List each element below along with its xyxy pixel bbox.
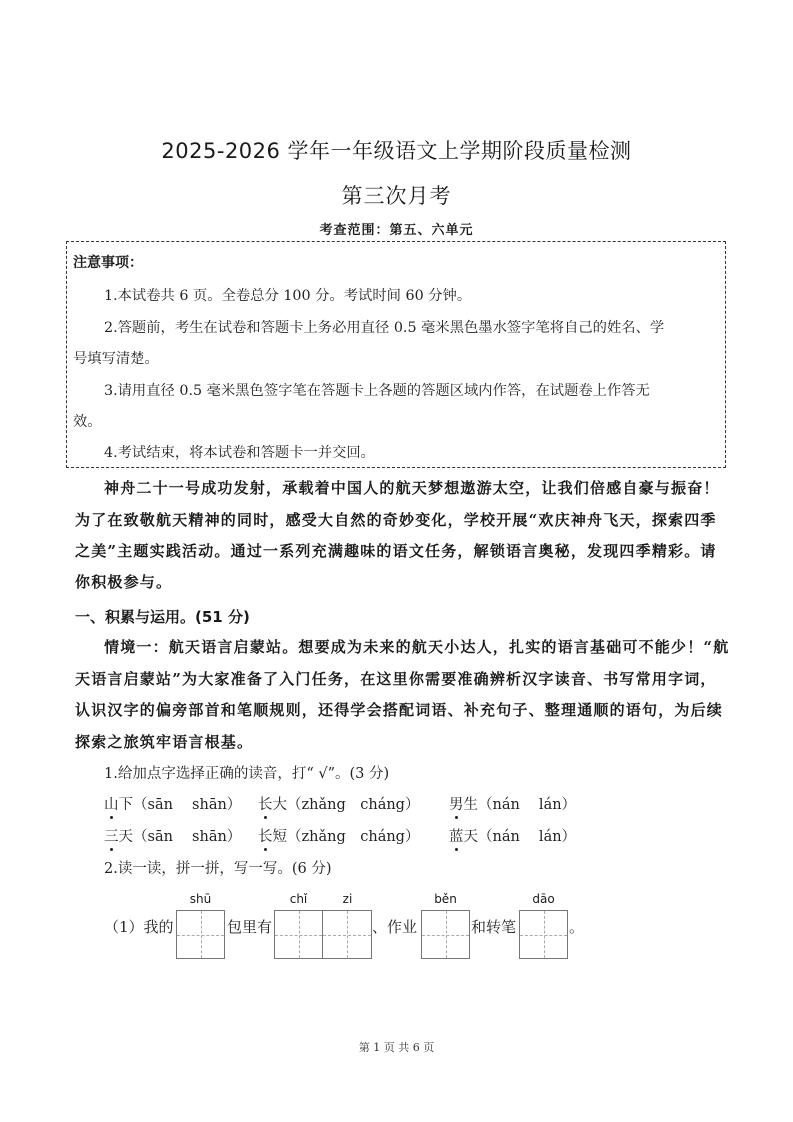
dotted-char: 三: [104, 825, 119, 846]
dotted-char: 山: [104, 793, 119, 814]
exam-scope: 考查范围：第五、六单元: [0, 219, 793, 238]
intro-line-1: 神舟二十一号成功发射，承载着中国人的航天梦想遨游太空，让我们倍感自豪与振奋！: [104, 477, 720, 498]
exam-subtitle: 第三次月考: [0, 180, 793, 210]
notice-line-3: 3.请用直径 0.5 毫米黑色签字笔在答题卡上各题的答题区域内作答，在试题卷上作…: [104, 380, 650, 400]
pron-options[interactable]: （zhǎng cháng）: [287, 797, 419, 813]
notice-title: 注意事项：: [73, 252, 143, 272]
writing-box-dao[interactable]: [519, 910, 568, 959]
sentence-1-text-2: 包里有: [227, 916, 272, 937]
scenario-line-3: 认识汉字的偏旁部首和笔顺规则，还得学会搭配词语、补充句子、整理通顺的语句，为后续: [75, 699, 723, 720]
scenario-line-2: 天语言启蒙站”为大家准备了入门任务，在这里你需要准确辨析汉字读音、书写常用字词，: [75, 668, 717, 689]
pron-options[interactable]: （sān shān）: [133, 829, 241, 845]
pron-options[interactable]: （nán lán）: [478, 829, 576, 845]
notice-box: 注意事项： 1.本试卷共 6 页。全卷总分 100 分。考试时间 60 分钟。 …: [66, 241, 726, 468]
pronunciation-row-1: 山下（sān shān） 长大（zhǎng cháng） 男生（nán lán）: [0, 793, 793, 817]
sentence-1-label: （1）我的: [104, 916, 174, 937]
scenario-line-1: 情境一：航天语言启蒙站。想要成为未来的航天小达人，扎实的语言基础可不能少！“航: [104, 636, 729, 657]
question-1-prompt: 1.给加点字选择正确的读音，打“ √”。(3 分): [104, 762, 389, 783]
pron-item: 长大（zhǎng cháng）: [258, 793, 419, 814]
pinyin-ben: běn: [421, 892, 470, 906]
pron-item: 男生（nán lán）: [449, 793, 576, 814]
section-1-title: 一、积累与运用。(51 分): [75, 606, 250, 627]
dotted-char: 长: [258, 825, 273, 846]
notice-line-1: 1.本试卷共 6 页。全卷总分 100 分。考试时间 60 分钟。: [104, 285, 471, 305]
notice-line-4: 4.考试结束，将本试卷和答题卡一并交回。: [104, 442, 375, 462]
sentence-1-end: 。: [569, 916, 584, 937]
exam-title: 2025-2026 学年一年级语文上学期阶段质量检测: [0, 135, 793, 165]
char-rest: 下: [119, 797, 134, 813]
pron-item: 长短（zhǎng cháng）: [258, 825, 419, 846]
pronunciation-row-2: 三天（sān shān） 长短（zhǎng cháng） 蓝天（nán lán）: [0, 825, 793, 849]
char-rest: 天: [119, 829, 134, 845]
notice-line-2: 2.答题前，考生在试卷和答题卡上务必用直径 0.5 毫米黑色墨水签字笔将自己的姓…: [104, 317, 664, 337]
pron-item: 山下（sān shān）: [104, 793, 241, 814]
pinyin-chi: chǐ: [274, 892, 323, 906]
dotted-char: 长: [258, 793, 273, 814]
char-rest: 生: [464, 797, 479, 813]
pron-options[interactable]: （zhǎng cháng）: [287, 829, 419, 845]
writing-box-shu[interactable]: [176, 910, 225, 959]
pinyin-shu: shū: [176, 892, 225, 906]
pinyin-dao: dāo: [519, 892, 568, 906]
dotted-char: 蓝: [449, 825, 464, 846]
pinyin-zi: zi: [323, 892, 372, 906]
writing-box-ben[interactable]: [421, 910, 470, 959]
pron-item: 蓝天（nán lán）: [449, 825, 576, 846]
pron-item: 三天（sān shān）: [104, 825, 241, 846]
notice-line-3-cont: 效。: [73, 411, 102, 431]
char-rest: 大: [273, 797, 288, 813]
intro-line-3: 之美”主题实践活动。通过一系列充满趣味的语文任务，解锁语言奥秘，发现四季精彩。请: [75, 540, 717, 561]
sentence-1-text-3: 、作业: [372, 916, 417, 937]
writing-box-chi[interactable]: [274, 910, 323, 959]
pron-options[interactable]: （nán lán）: [478, 797, 576, 813]
char-rest: 天: [464, 829, 479, 845]
intro-line-2: 为了在致敬航天精神的同时，感受大自然的奇妙变化，学校开展“欢庆神舟飞天，探索四季: [75, 509, 717, 530]
writing-box-zi[interactable]: [323, 910, 372, 959]
intro-line-4: 你积极参与。: [75, 571, 172, 592]
page-footer: 第 1 页 共 6 页: [0, 1039, 793, 1055]
dotted-char: 男: [449, 793, 464, 814]
question-2-prompt: 2.读一读，拼一拼，写一写。(6 分): [104, 857, 331, 878]
notice-line-2-cont: 号填写清楚。: [73, 348, 159, 368]
scenario-line-4: 探索之旅筑牢语言根基。: [75, 731, 253, 752]
char-rest: 短: [273, 829, 288, 845]
pron-options[interactable]: （sān shān）: [133, 797, 241, 813]
sentence-1-text-4: 和转笔: [471, 916, 516, 937]
